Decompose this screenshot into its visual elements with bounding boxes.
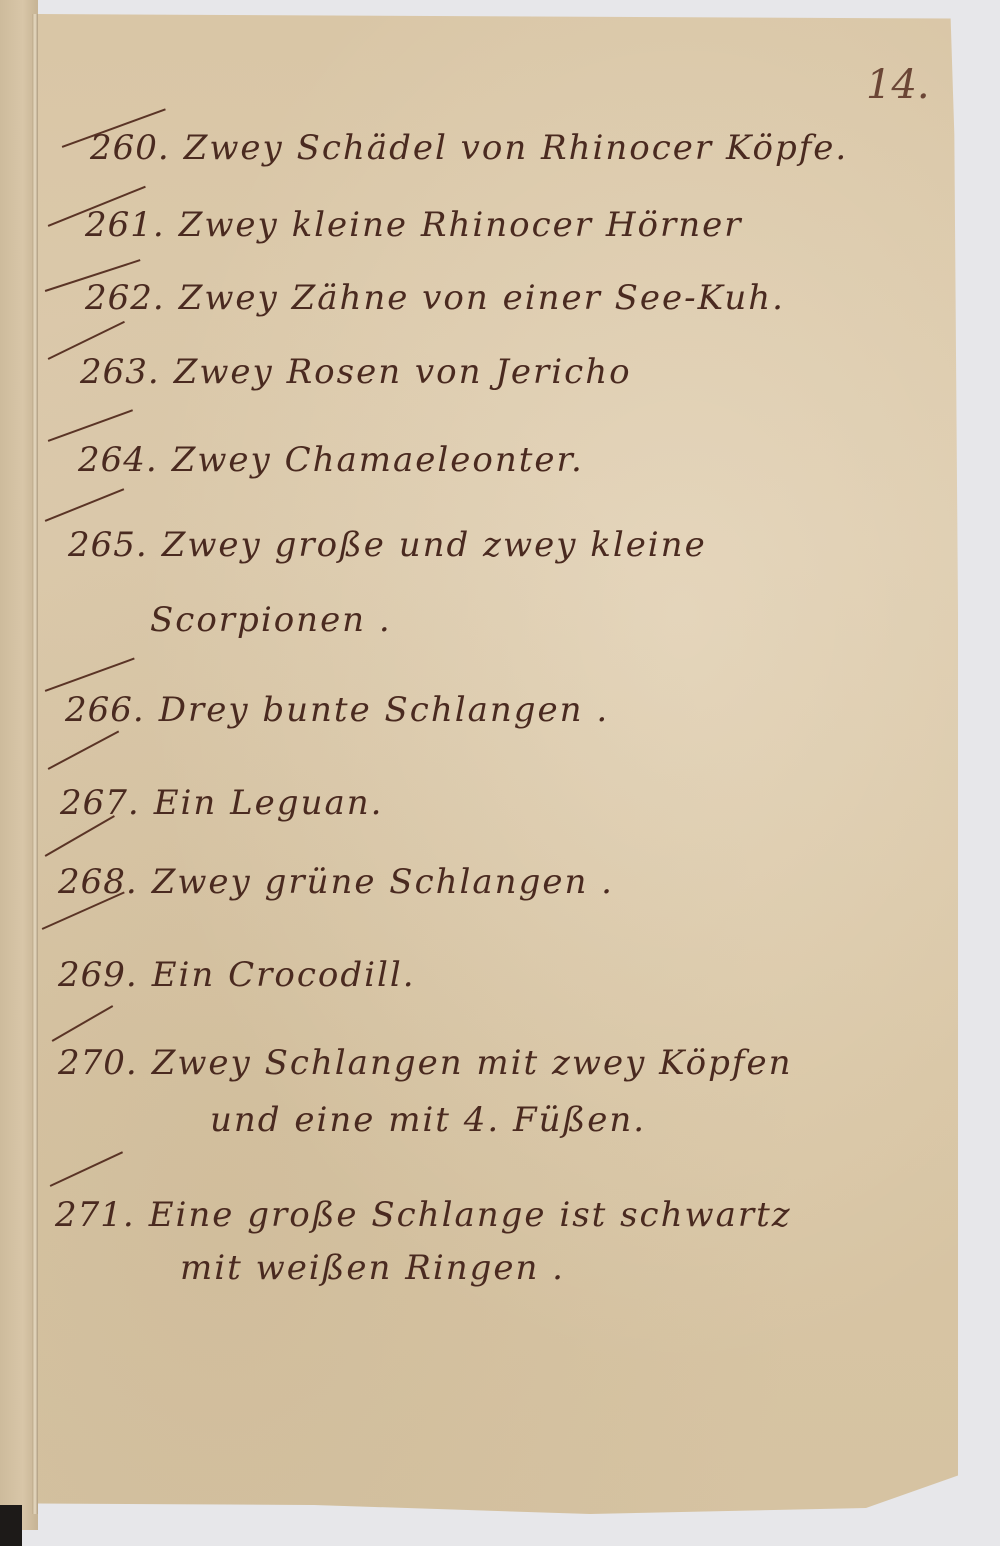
entry-text: Zwey Rosen von Jericho bbox=[174, 352, 632, 392]
entry-number: 263. bbox=[80, 352, 160, 392]
entry-267: 267.Ein Leguan. bbox=[60, 783, 383, 823]
entry-text: Zwey Schlangen mit zwey Köpfen bbox=[152, 1043, 793, 1083]
entry-271-continuation: mit weißen Ringen . bbox=[180, 1248, 565, 1288]
entry-268: 268.Zwey grüne Schlangen . bbox=[58, 862, 614, 902]
entry-266: 266.Drey bunte Schlangen . bbox=[65, 690, 609, 730]
entry-number: 262. bbox=[85, 278, 165, 318]
entry-260: 260.Zwey Schädel von Rhinocer Köpfe. bbox=[90, 128, 848, 168]
entry-number: 261. bbox=[85, 205, 165, 245]
entry-number: 260. bbox=[90, 128, 170, 168]
entry-number: 267. bbox=[60, 783, 140, 823]
dark-corner bbox=[0, 1505, 22, 1546]
entry-264: 264.Zwey Chamaeleonter. bbox=[78, 440, 584, 480]
entry-number: 270. bbox=[58, 1043, 138, 1083]
entry-270: 270.Zwey Schlangen mit zwey Köpfen bbox=[58, 1043, 793, 1083]
page-number: 14. bbox=[866, 62, 930, 108]
entry-262: 262.Zwey Zähne von einer See-Kuh. bbox=[85, 278, 785, 318]
entry-number: 271. bbox=[55, 1195, 135, 1235]
entry-text: Eine große Schlange ist schwartz bbox=[149, 1195, 792, 1235]
entry-number: 268. bbox=[58, 862, 138, 902]
entry-text: Zwey Zähne von einer See-Kuh. bbox=[179, 278, 785, 318]
entry-text: Zwey grüne Schlangen . bbox=[152, 862, 614, 902]
entry-text: Zwey große und zwey kleine bbox=[162, 525, 707, 565]
entry-number: 269. bbox=[58, 955, 138, 995]
binding-fold bbox=[32, 14, 38, 1514]
entry-265: 265.Zwey große und zwey kleine bbox=[68, 525, 707, 565]
entry-number: 264. bbox=[78, 440, 158, 480]
entry-number: 265. bbox=[68, 525, 148, 565]
entry-text: Zwey Chamaeleonter. bbox=[172, 440, 584, 480]
entry-261: 261.Zwey kleine Rhinocer Hörner bbox=[85, 205, 742, 245]
entry-263: 263.Zwey Rosen von Jericho bbox=[80, 352, 632, 392]
entry-269: 269.Ein Crocodill. bbox=[58, 955, 416, 995]
entry-text: Ein Crocodill. bbox=[152, 955, 416, 995]
entry-text: Ein Leguan. bbox=[154, 783, 384, 823]
entry-270-continuation: und eine mit 4. Füßen. bbox=[210, 1100, 646, 1140]
entry-text: Zwey Schädel von Rhinocer Köpfe. bbox=[184, 128, 849, 168]
entry-265-continuation: Scorpionen . bbox=[150, 600, 392, 640]
entry-text: Zwey kleine Rhinocer Hörner bbox=[179, 205, 743, 245]
entry-271: 271.Eine große Schlange ist schwartz bbox=[55, 1195, 792, 1235]
entry-text: Drey bunte Schlangen . bbox=[159, 690, 609, 730]
entry-number: 266. bbox=[65, 690, 145, 730]
